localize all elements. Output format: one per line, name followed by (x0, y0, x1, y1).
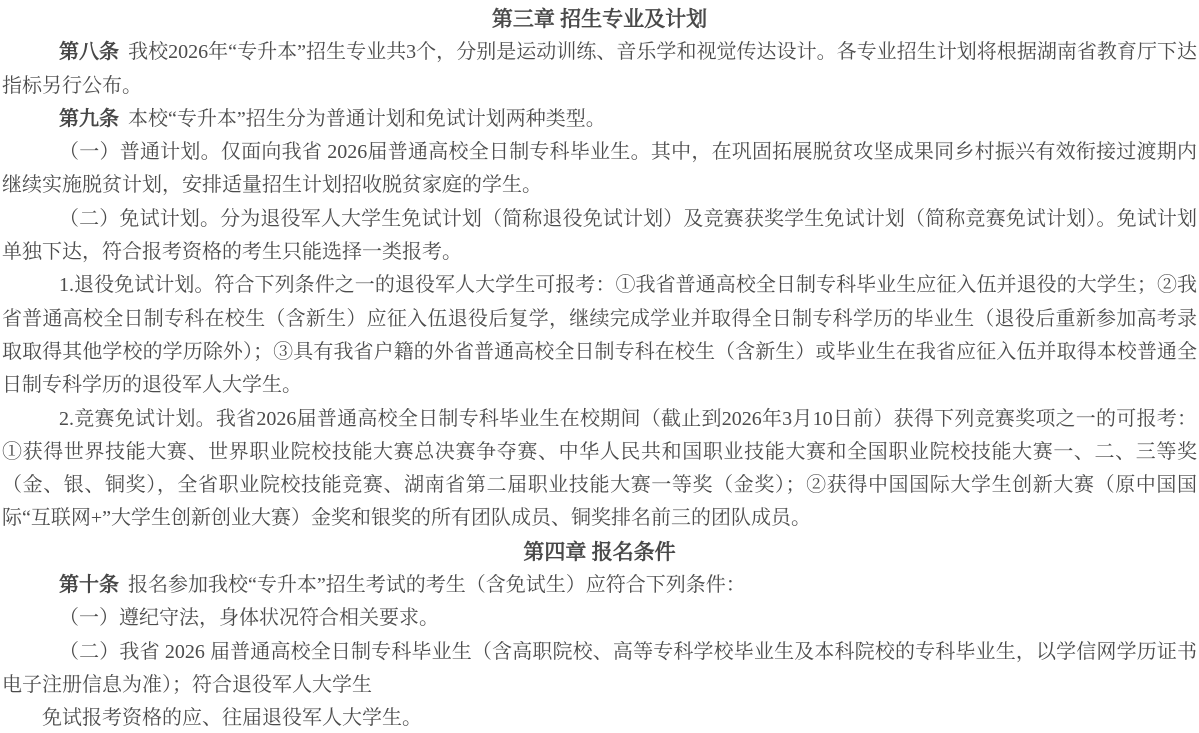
article-8-text: 我校2026年“专升本”招生专业共3个，分别是运动训练、音乐学和视觉传达设计。各… (2, 41, 1197, 96)
document-page: 第三章 招生专业及计划 第八条我校2026年“专升本”招生专业共3个，分别是运动… (0, 0, 1199, 733)
article-9-label: 第九条 (59, 108, 119, 130)
item-1-general-plan-paragraph: （一）普通计划。仅面向我省 2026届普通高校全日制专科毕业生。其中，在巩固拓展… (2, 136, 1197, 203)
chapter-3-heading: 第三章 招生专业及计划 (2, 3, 1197, 36)
condition-2-continued-paragraph: 免试报考资格的应、往届退役军人大学生。 (2, 702, 1197, 733)
condition-2-paragraph: （二）我省 2026 届普通高校全日制专科毕业生（含高职院校、高等专科学校毕业生… (2, 636, 1197, 703)
competition-exempt-plan-paragraph: 2.竞赛免试计划。我省2026届普通高校全日制专科毕业生在校期间（截止到2026… (2, 403, 1197, 536)
article-10-text: 报名参加我校“专升本”招生考试的考生（含免试生）应符合下列条件： (128, 574, 746, 596)
item-2-exempt-plan-paragraph: （二）免试计划。分为退役军人大学生免试计划（简称退役免试计划）及竞赛获奖学生免试… (2, 203, 1197, 270)
article-8-paragraph: 第八条我校2026年“专升本”招生专业共3个，分别是运动训练、音乐学和视觉传达设… (2, 36, 1197, 103)
condition-1-paragraph: （一）遵纪守法，身体状况符合相关要求。 (2, 602, 1197, 635)
chapter-4-heading: 第四章 报名条件 (2, 536, 1197, 569)
article-10-label: 第十条 (59, 574, 119, 596)
veteran-exempt-plan-paragraph: 1.退役免试计划。符合下列条件之一的退役军人大学生可报考：①我省普通高校全日制专… (2, 269, 1197, 402)
article-10-paragraph: 第十条报名参加我校“专升本”招生考试的考生（含免试生）应符合下列条件： (2, 569, 1197, 602)
article-9-text: 本校“专升本”招生分为普通计划和免试计划两种类型。 (128, 108, 606, 130)
article-9-paragraph: 第九条本校“专升本”招生分为普通计划和免试计划两种类型。 (2, 103, 1197, 136)
article-8-label: 第八条 (59, 41, 119, 63)
